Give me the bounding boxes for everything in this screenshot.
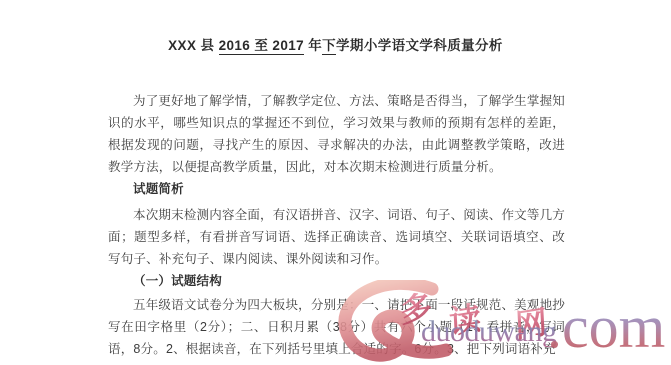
section-heading-analysis: 试题简析 — [108, 178, 565, 200]
watermark-domain-suffix: .com — [547, 297, 665, 357]
title-part: XXX 县 — [168, 38, 218, 53]
title-underlined-years: 2016 至 2017 — [219, 38, 304, 55]
section-heading-structure: （一）试题结构 — [108, 270, 565, 292]
title-part: 学期小学语文学科质量分析 — [336, 38, 503, 53]
watermark-domain-text: duoduwang — [421, 317, 556, 347]
paragraph-test-content: 本次期末检测内容全面，有汉语拼音、汉字、词语、句子、阅读、作文等几方面；题型多样… — [108, 204, 565, 270]
paragraph-intro: 为了更好地了解学情，了解教学定位、方法、策略是否得当，了解学生掌握知识的水平，哪… — [108, 90, 565, 178]
document-title: XXX 县 2016 至 2017 年下学期小学语文学科质量分析 — [0, 0, 671, 54]
document-page: XXX 县 2016 至 2017 年下学期小学语文学科质量分析 为了更好地了解… — [0, 0, 671, 365]
title-part: 年 — [304, 38, 322, 53]
title-underlined-term: 下 — [322, 38, 336, 55]
